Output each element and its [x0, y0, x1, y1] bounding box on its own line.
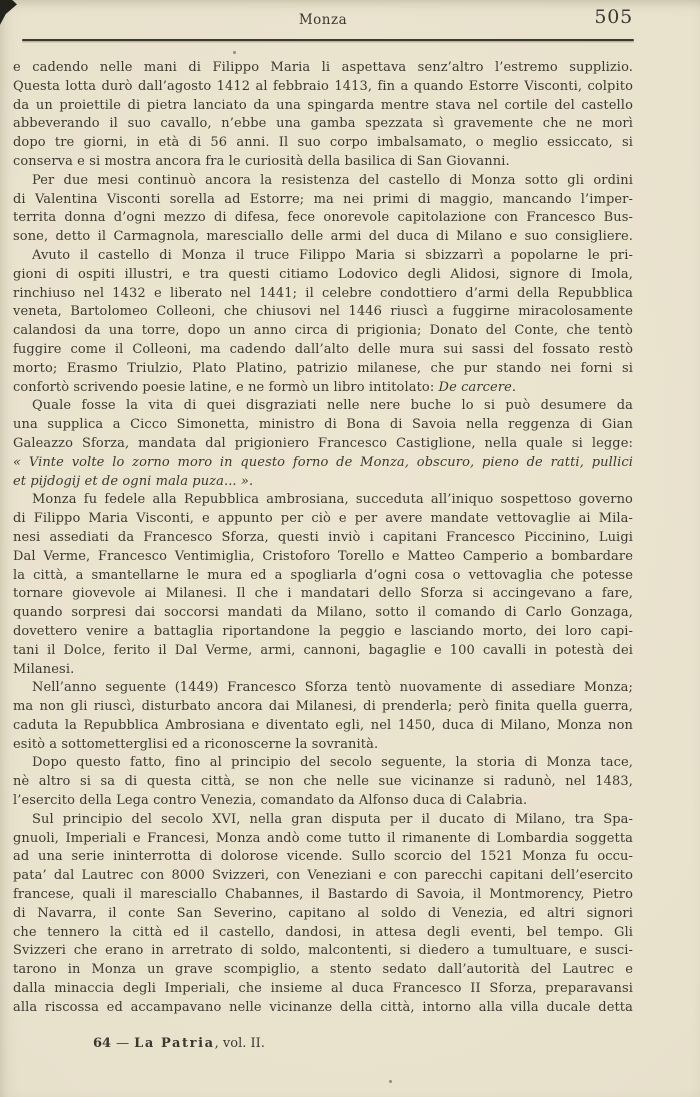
- text-line: dovettero venire a battaglia riportandon…: [13, 623, 633, 642]
- text-segment: dopo tre giorni, in età di 56 anni. Il s…: [13, 135, 633, 150]
- text-line: tornare giovevole ai Milanesi. Il che i …: [13, 585, 633, 604]
- text-line: di Filippo Maria Visconti, e appunto per…: [13, 510, 633, 529]
- page-header: Monza 505: [13, 6, 633, 36]
- paragraph: Dopo questo fatto, fino al principio del…: [13, 754, 633, 810]
- paper-speck: [233, 51, 236, 54]
- text-line: Monza fu fedele alla Repubblica ambrosia…: [13, 491, 633, 510]
- text-line: rinchiuso nel 1432 e liberato nel 1441; …: [13, 285, 633, 304]
- text-segment: ma non gli riuscì, disturbato ancora dai…: [13, 699, 633, 714]
- text-line: nesi assediati da Francesco Sforza, ques…: [13, 529, 633, 548]
- text-line: Avuto il castello di Monza il truce Fili…: [13, 247, 633, 266]
- text-segment: e cadendo nelle mani di Filippo Maria li…: [13, 60, 633, 75]
- text-segment: che tennero la città ed il castello, dan…: [13, 925, 633, 940]
- text-segment: ad una serie ininterrotta di dolorose vi…: [13, 849, 633, 864]
- text-line: esitò a sottometterglisi ed a riconoscer…: [13, 736, 633, 755]
- text-line: territa donna d’ogni mezzo di difesa, fe…: [13, 209, 633, 228]
- text-line: che tennero la città ed il castello, dan…: [13, 924, 633, 943]
- text-segment: Nell’anno seguente (1449) Francesco Sfor…: [32, 680, 633, 695]
- text-segment: nesi assediati da Francesco Sforza, ques…: [13, 530, 633, 545]
- text-segment: tarono in Monza un grave scompiglio, a s…: [13, 962, 633, 977]
- text-segment: dalla minaccia degli Imperiali, che insi…: [13, 981, 633, 996]
- text-segment: Sul principio del secolo XVI, nella gran…: [32, 812, 633, 827]
- text-line: ad una serie ininterrotta di dolorose vi…: [13, 848, 633, 867]
- text-line: et pijdogij et de ogni mala puza... ».: [13, 473, 633, 492]
- page-number: 505: [594, 6, 633, 28]
- text-line: Dopo questo fatto, fino al principio del…: [13, 754, 633, 773]
- text-segment: Milanesi.: [13, 662, 74, 677]
- text-line: conserva e si mostra ancora fra le curio…: [13, 153, 633, 172]
- text-segment: quando sorpresi dai soccorsi mandati da …: [13, 605, 633, 620]
- header-rule: [22, 39, 634, 41]
- text-line: e cadendo nelle mani di Filippo Maria li…: [13, 59, 633, 78]
- text-line: Questa lotta durò dall’agosto 1412 al fe…: [13, 78, 633, 97]
- text-segment: Per due mesi continuò ancora la resisten…: [32, 173, 633, 188]
- text-line: da un proiettile di pietra lanciato da u…: [13, 97, 633, 116]
- text-segment: Quale fosse la vita di quei disgraziati …: [32, 398, 633, 413]
- text-segment: francese, quali il maresciallo Chabannes…: [13, 887, 633, 902]
- text-line: di Valentina Visconti sorella ad Estorre…: [13, 191, 633, 210]
- text-segment: abbeverando il suo cavallo, n’ebbe una g…: [13, 116, 633, 131]
- text-segment: gioni di ospiti illustri, e tra questi c…: [13, 267, 633, 282]
- text-segment: alla riscossa ed accampavano nelle vicin…: [13, 1000, 633, 1015]
- italic-text-segment: et pijdogij et de ogni mala puza... ».: [13, 474, 253, 489]
- italic-text-segment: « Vinte volte lo zorno moro in questo fo…: [13, 455, 633, 470]
- text-segment: esitò a sottometterglisi ed a riconoscer…: [13, 737, 378, 752]
- text-segment: di Filippo Maria Visconti, e appunto per…: [13, 511, 633, 526]
- text-segment: sone, detto il Carmagnola, maresciallo d…: [13, 229, 633, 244]
- text-line: alla riscossa ed accampavano nelle vicin…: [13, 999, 633, 1018]
- text-line: dalla minaccia degli Imperiali, che insi…: [13, 980, 633, 999]
- text-line: veneta, Bartolomeo Colleoni, che chiusov…: [13, 303, 633, 322]
- footer-dash: —: [116, 1036, 129, 1051]
- text-line: Nell’anno seguente (1449) Francesco Sfor…: [13, 679, 633, 698]
- paragraph: Avuto il castello di Monza il truce Fili…: [13, 247, 633, 397]
- text-segment: pata’ dal Lautrec con 8000 Svizzeri, con…: [13, 868, 633, 883]
- text-segment: fuggire come il Colleoni, ma cadendo dal…: [13, 342, 633, 357]
- paragraph: Quale fosse la vita di quei disgraziati …: [13, 397, 633, 491]
- text-segment: una supplica a Cicco Simonetta, ministro…: [13, 417, 633, 432]
- text-line: nè altro si sa di questa città, se non c…: [13, 773, 633, 792]
- text-line: una supplica a Cicco Simonetta, ministro…: [13, 416, 633, 435]
- paragraph: Sul principio del secolo XVI, nella gran…: [13, 811, 633, 1018]
- text-line: dopo tre giorni, in età di 56 anni. Il s…: [13, 134, 633, 153]
- text-line: caduta la Repubblica Ambrosiana e divent…: [13, 717, 633, 736]
- text-segment: caduta la Repubblica Ambrosiana e divent…: [13, 718, 633, 733]
- body-text: e cadendo nelle mani di Filippo Maria li…: [13, 59, 633, 1018]
- text-segment: tani il Dolce, ferito il Dal Verme, armi…: [13, 643, 633, 658]
- text-line: ma non gli riuscì, disturbato ancora dai…: [13, 698, 633, 717]
- text-line: abbeverando il suo cavallo, n’ebbe una g…: [13, 115, 633, 134]
- text-line: Galeazzo Sforza, mandata dal prigioniero…: [13, 435, 633, 454]
- text-line: gioni di ospiti illustri, e tra questi c…: [13, 266, 633, 285]
- text-line: la città, a smantellarne le mura ed a sp…: [13, 567, 633, 586]
- text-line: Dal Verme, Francesco Ventimiglia, Cristo…: [13, 548, 633, 567]
- text-segment: calandosi da una torre, dopo un anno cir…: [13, 323, 633, 338]
- text-segment: veneta, Bartolomeo Colleoni, che chiusov…: [13, 304, 633, 319]
- book-page: Monza 505 e cadendo nelle mani di Filipp…: [0, 0, 700, 1097]
- signature-number: 64: [93, 1036, 111, 1051]
- text-segment: di Valentina Visconti sorella ad Estorre…: [13, 192, 633, 207]
- text-line: quando sorpresi dai soccorsi mandati da …: [13, 604, 633, 623]
- text-segment: confortò scrivendo poesie latine, e ne f…: [13, 380, 439, 395]
- text-line: Svizzeri che erano in arretrato di soldo…: [13, 942, 633, 961]
- text-segment: Avuto il castello di Monza il truce Fili…: [32, 248, 633, 263]
- text-segment: la città, a smantellarne le mura ed a sp…: [13, 568, 633, 583]
- paragraph: Nell’anno seguente (1449) Francesco Sfor…: [13, 679, 633, 754]
- text-segment: rinchiuso nel 1432 e liberato nel 1441; …: [13, 286, 633, 301]
- text-segment: gnuoli, Imperiali e Francesi, Monza andò…: [13, 831, 633, 846]
- text-line: gnuoli, Imperiali e Francesi, Monza andò…: [13, 830, 633, 849]
- text-segment: Monza fu fedele alla Repubblica ambrosia…: [32, 492, 633, 507]
- text-line: di Navarra, il conte San Severino, capit…: [13, 905, 633, 924]
- text-segment: nè altro si sa di questa città, se non c…: [13, 774, 633, 789]
- paragraph: e cadendo nelle mani di Filippo Maria li…: [13, 59, 633, 172]
- text-segment: territa donna d’ogni mezzo di difesa, fe…: [13, 210, 633, 225]
- text-line: tarono in Monza un grave scompiglio, a s…: [13, 961, 633, 980]
- text-line: « Vinte volte lo zorno moro in questo fo…: [13, 454, 633, 473]
- text-line: Sul principio del secolo XVI, nella gran…: [13, 811, 633, 830]
- paragraph: Monza fu fedele alla Repubblica ambrosia…: [13, 491, 633, 679]
- text-line: morto; Erasmo Triulzio, Plato Platino, p…: [13, 360, 633, 379]
- text-segment: conserva e si mostra ancora fra le curio…: [13, 154, 510, 169]
- text-line: tani il Dolce, ferito il Dal Verme, armi…: [13, 642, 633, 661]
- text-line: Quale fosse la vita di quei disgraziati …: [13, 397, 633, 416]
- text-line: Milanesi.: [13, 661, 633, 680]
- text-line: Per due mesi continuò ancora la resisten…: [13, 172, 633, 191]
- text-segment: Galeazzo Sforza, mandata dal prigioniero…: [13, 436, 633, 451]
- text-segment: Dal Verme, Francesco Ventimiglia, Cristo…: [13, 549, 633, 564]
- text-segment: l’esercito della Lega contro Venezia, co…: [13, 793, 527, 808]
- text-segment: dovettero venire a battaglia riportandon…: [13, 624, 633, 639]
- text-segment: Svizzeri che erano in arretrato di soldo…: [13, 943, 633, 958]
- text-line: francese, quali il maresciallo Chabannes…: [13, 886, 633, 905]
- volume-label: , vol. II.: [215, 1036, 265, 1051]
- text-line: confortò scrivendo poesie latine, e ne f…: [13, 379, 633, 398]
- text-segment: tornare giovevole ai Milanesi. Il che i …: [13, 586, 633, 601]
- running-title: Monza: [13, 12, 633, 28]
- text-segment: di Navarra, il conte San Severino, capit…: [13, 906, 633, 921]
- text-segment: morto; Erasmo Triulzio, Plato Platino, p…: [13, 361, 633, 376]
- text-line: pata’ dal Lautrec con 8000 Svizzeri, con…: [13, 867, 633, 886]
- text-segment: da un proiettile di pietra lanciato da u…: [13, 98, 633, 113]
- text-line: calandosi da una torre, dopo un anno cir…: [13, 322, 633, 341]
- paragraph: Per due mesi continuò ancora la resisten…: [13, 172, 633, 247]
- page-footer: 64—La Patria, vol. II.: [93, 1036, 265, 1051]
- text-segment: Questa lotta durò dall’agosto 1412 al fe…: [13, 79, 633, 94]
- italic-text-segment: De carcere.: [439, 380, 517, 395]
- paper-speck: [389, 1080, 392, 1083]
- text-line: fuggire come il Colleoni, ma cadendo dal…: [13, 341, 633, 360]
- text-line: l’esercito della Lega contro Venezia, co…: [13, 792, 633, 811]
- series-title: La Patria: [134, 1036, 215, 1051]
- text-segment: Dopo questo fatto, fino al principio del…: [32, 755, 633, 770]
- text-line: sone, detto il Carmagnola, maresciallo d…: [13, 228, 633, 247]
